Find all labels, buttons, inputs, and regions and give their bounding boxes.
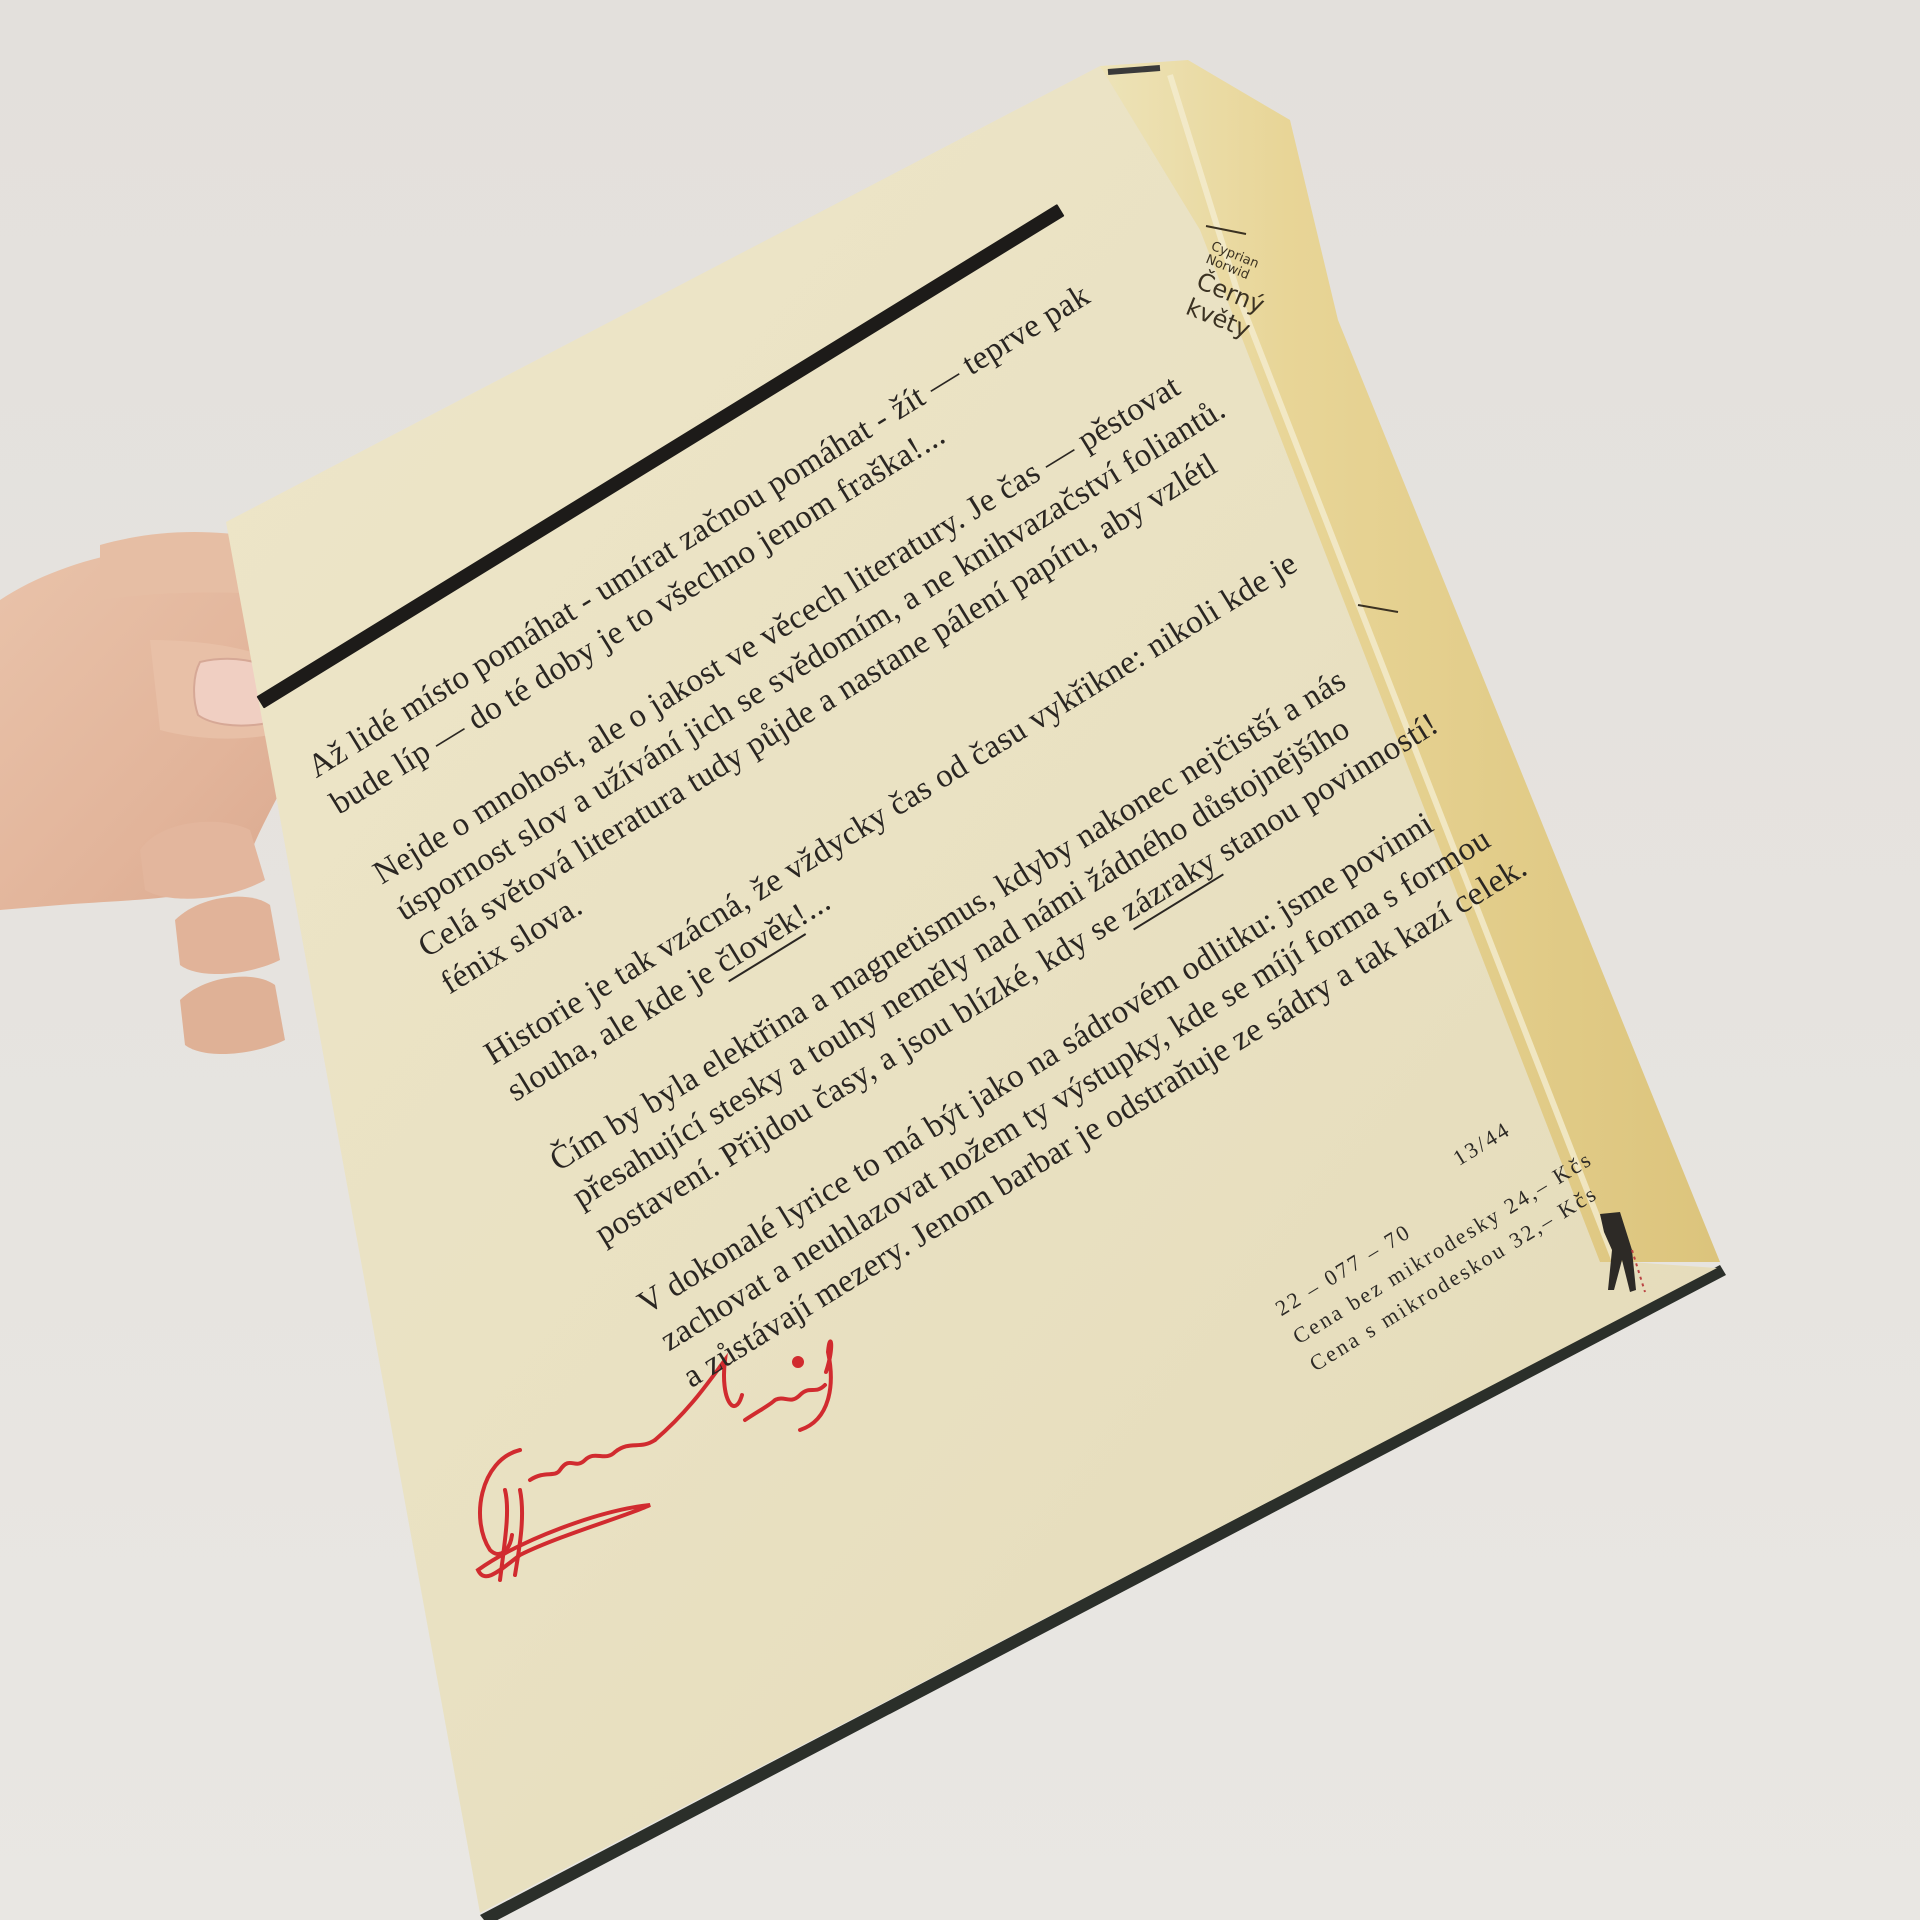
- series-code: 13/44: [1448, 1116, 1515, 1171]
- product-photo-scene: Až lidé místo pomáhat - umírat začnou po…: [0, 0, 1920, 1920]
- price-without-record: Cena bez mikrodesky 24,– Kčs: [1288, 1146, 1597, 1350]
